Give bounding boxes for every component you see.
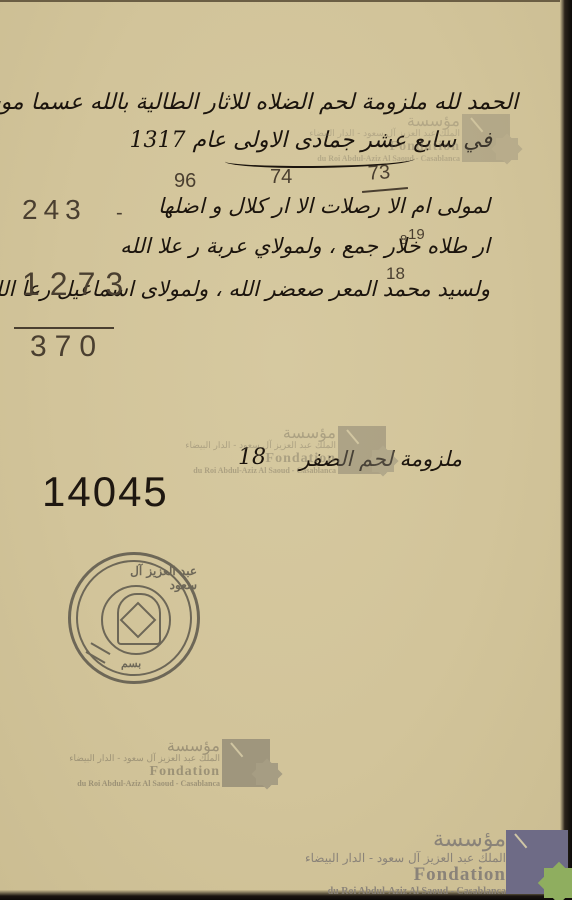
seal-text-top: عبد العزيز آل سعود [101,564,197,592]
watermark-french-title: Fondation [69,764,220,779]
watermark-arabic-title: مؤسسة [69,737,220,755]
manuscript-page: الحمد لله ملزومة لحم الضلاه للاثار الطال… [0,0,562,895]
margin-total-370: 370 [30,330,104,364]
seal-shield-icon [117,593,161,645]
watermark-arabic-title: مؤسسة [305,828,506,852]
watermark-french-subtitle: du Roi Abdul-Aziz Al Saoud - Casablanca [309,155,460,164]
sum-line [14,327,114,329]
margin-number-1273: 1273 [22,266,133,303]
star-icon [256,763,278,785]
watermark: مؤسسة الملك عبد العزيز آل سعود - الدار ا… [176,424,386,478]
watermark-arabic-title: مؤسسة [309,112,460,130]
manuscript-line-3: لمولى ام الا رصلات الا ار كلال و اضلها [158,194,490,218]
interlinear-number: 74 [270,166,292,189]
star-icon [372,450,394,472]
watermark-arabic-title: مؤسسة [185,424,336,442]
watermark-arabic-subtitle: الملك عبد العزيز آل سعود - الدار البيضاء [185,442,336,452]
watermark: مؤسسة الملك عبد العزيز آل سعود - الدار ا… [290,112,510,166]
manuscript-line-4: ار طلاه خلار جمع ، ولمولاي عربة ر علا ال… [120,234,490,258]
seal-inner-ring [101,585,171,655]
watermark-arabic-subtitle: الملك عبد العزيز آل سعود - الدار البيضاء [69,755,220,765]
star-icon [496,138,518,160]
seal-text-bottom: بسم [121,657,141,670]
watermark-arabic-subtitle: الملك عبد العزيز آل سعود - الدار البيضاء [309,130,460,140]
watermark-french-title: Fondation [185,451,336,466]
watermark-french-title: Fondation [305,865,506,886]
margin-number-243: 243 [22,194,87,226]
scan-edge-right [560,0,572,900]
watermark-french-subtitle: du Roi Abdul-Aziz Al Saoud - Casablanca [185,467,336,476]
interlinear-number: 96 [174,170,196,193]
seal-star-icon [120,602,157,639]
seal-bars [85,642,110,663]
seal-stamp: عبد العزيز آل سعود بسم [68,552,200,684]
catalog-number: 14045 [42,468,169,516]
watermark: مؤسسة الملك عبد العزيز آل سعود - الدار ا… [56,737,270,793]
watermark-french-subtitle: du Roi Abdul-Aziz Al Saoud - Casablanca [305,886,506,897]
margin-dash: - [116,202,123,225]
interlinear-underline [362,187,408,193]
watermark-french-subtitle: du Roi Abdul-Aziz Al Saoud - Casablanca [69,780,220,789]
watermark-main: مؤسسة الملك عبد العزيز آل سعود - الدار ا… [300,828,572,898]
watermark-french-title: Fondation [309,139,460,154]
green-star-icon [544,868,572,898]
